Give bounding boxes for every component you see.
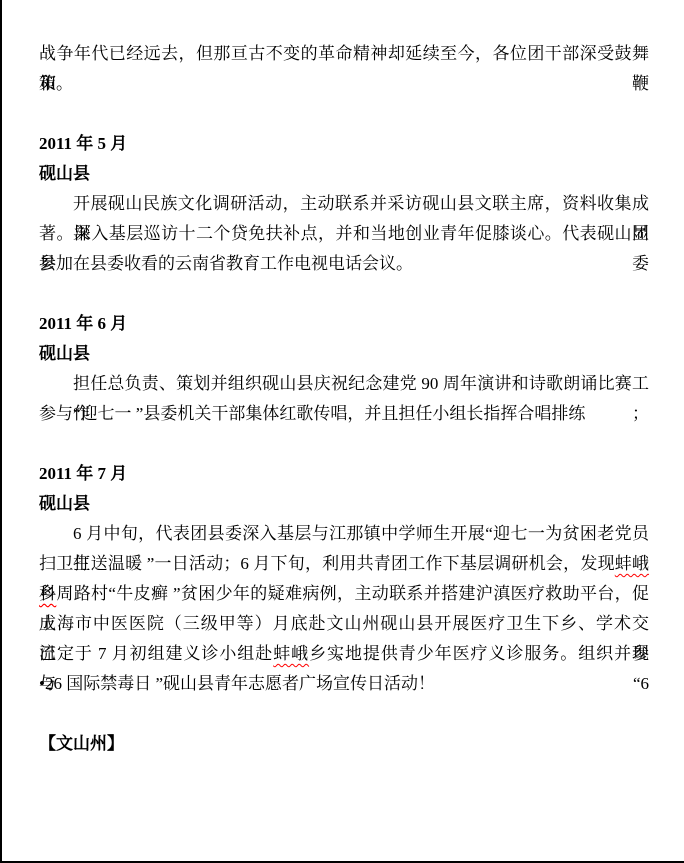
paragraph-line: 开展砚山民族文化调研活动，主动联系并采访砚山县文联主席，资料收集成果显 xyxy=(39,189,649,219)
section-county-heading: 砚山县 xyxy=(39,159,649,189)
paragraph-line: 战争年代已经远去，但那亘古不变的革命精神却延续至今，各位团干部深受鼓舞和鞭 xyxy=(39,39,649,69)
section-county-heading: 砚山县 xyxy=(39,489,649,519)
spellcheck-underlined-word: 蚌峨 xyxy=(273,644,309,663)
document-content: 战争年代已经远去，但那亘古不变的革命精神却延续至今，各位团干部深受鼓舞和鞭 策。… xyxy=(2,0,684,759)
paragraph-line: 扫卫生送温暖 ”一日活动；6 月下旬，利用共青团工作下基层调研机会，发现蚌峨乡 xyxy=(39,549,649,579)
section-county-heading: 砚山县 xyxy=(39,339,649,369)
section-date-heading-may: 2011 年 5 月 xyxy=(39,129,649,159)
paragraph-line: 已定于 7 月初组建义诊小组赴蚌峨乡实地提供青少年医疗义诊服务。组织并参与“6 xyxy=(39,639,649,669)
document-page: 战争年代已经远去，但那亘古不变的革命精神却延续至今，各位团干部深受鼓舞和鞭 策。… xyxy=(0,0,684,863)
blank-line xyxy=(39,699,649,729)
spellcheck-underlined-word: 科 xyxy=(39,584,56,603)
paragraph-line: 科周路村“牛皮癣 ”贫困少年的疑难病例，主动联系并搭建沪滇医疗救助平台，促成 xyxy=(39,579,649,609)
blank-line xyxy=(39,429,649,459)
section-date-heading-jun: 2011 年 6 月 xyxy=(39,309,649,339)
paragraph-line: 参与“迎七一 ”县委机关干部集体红歌传唱，并且担任小组长指挥合唱排练 xyxy=(39,399,649,429)
paragraph-line: 上海市中医医院（三级甲等）月底赴文山州砚山县开展医疗卫生下乡、学术交流。现 xyxy=(39,609,649,639)
paragraph-line: 6 月中旬，代表团县委深入基层与江那镇中学师生开展“迎七一为贫困老党员打 xyxy=(39,519,649,549)
paragraph-text: 扫卫生送温暖 ”一日活动；6 月下旬，利用共青团工作下基层调研机会，发现 xyxy=(39,554,615,573)
section-date-heading-jul: 2011 年 7 月 xyxy=(39,459,649,489)
blank-line xyxy=(39,279,649,309)
paragraph-line: 担任总负责、策划并组织砚山县庆祝纪念建党 90 周年演讲和诗歌朗诵比赛工作； xyxy=(39,369,649,399)
region-heading: 【文山州】 xyxy=(39,729,649,759)
paragraph-line: 著。深入基层巡访十二个贷免扶补点，并和当地创业青年促膝谈心。代表砚山团县委 xyxy=(39,219,649,249)
paragraph-text: 已定于 7 月初组建义诊小组赴 xyxy=(39,644,273,663)
blank-line xyxy=(39,99,649,129)
